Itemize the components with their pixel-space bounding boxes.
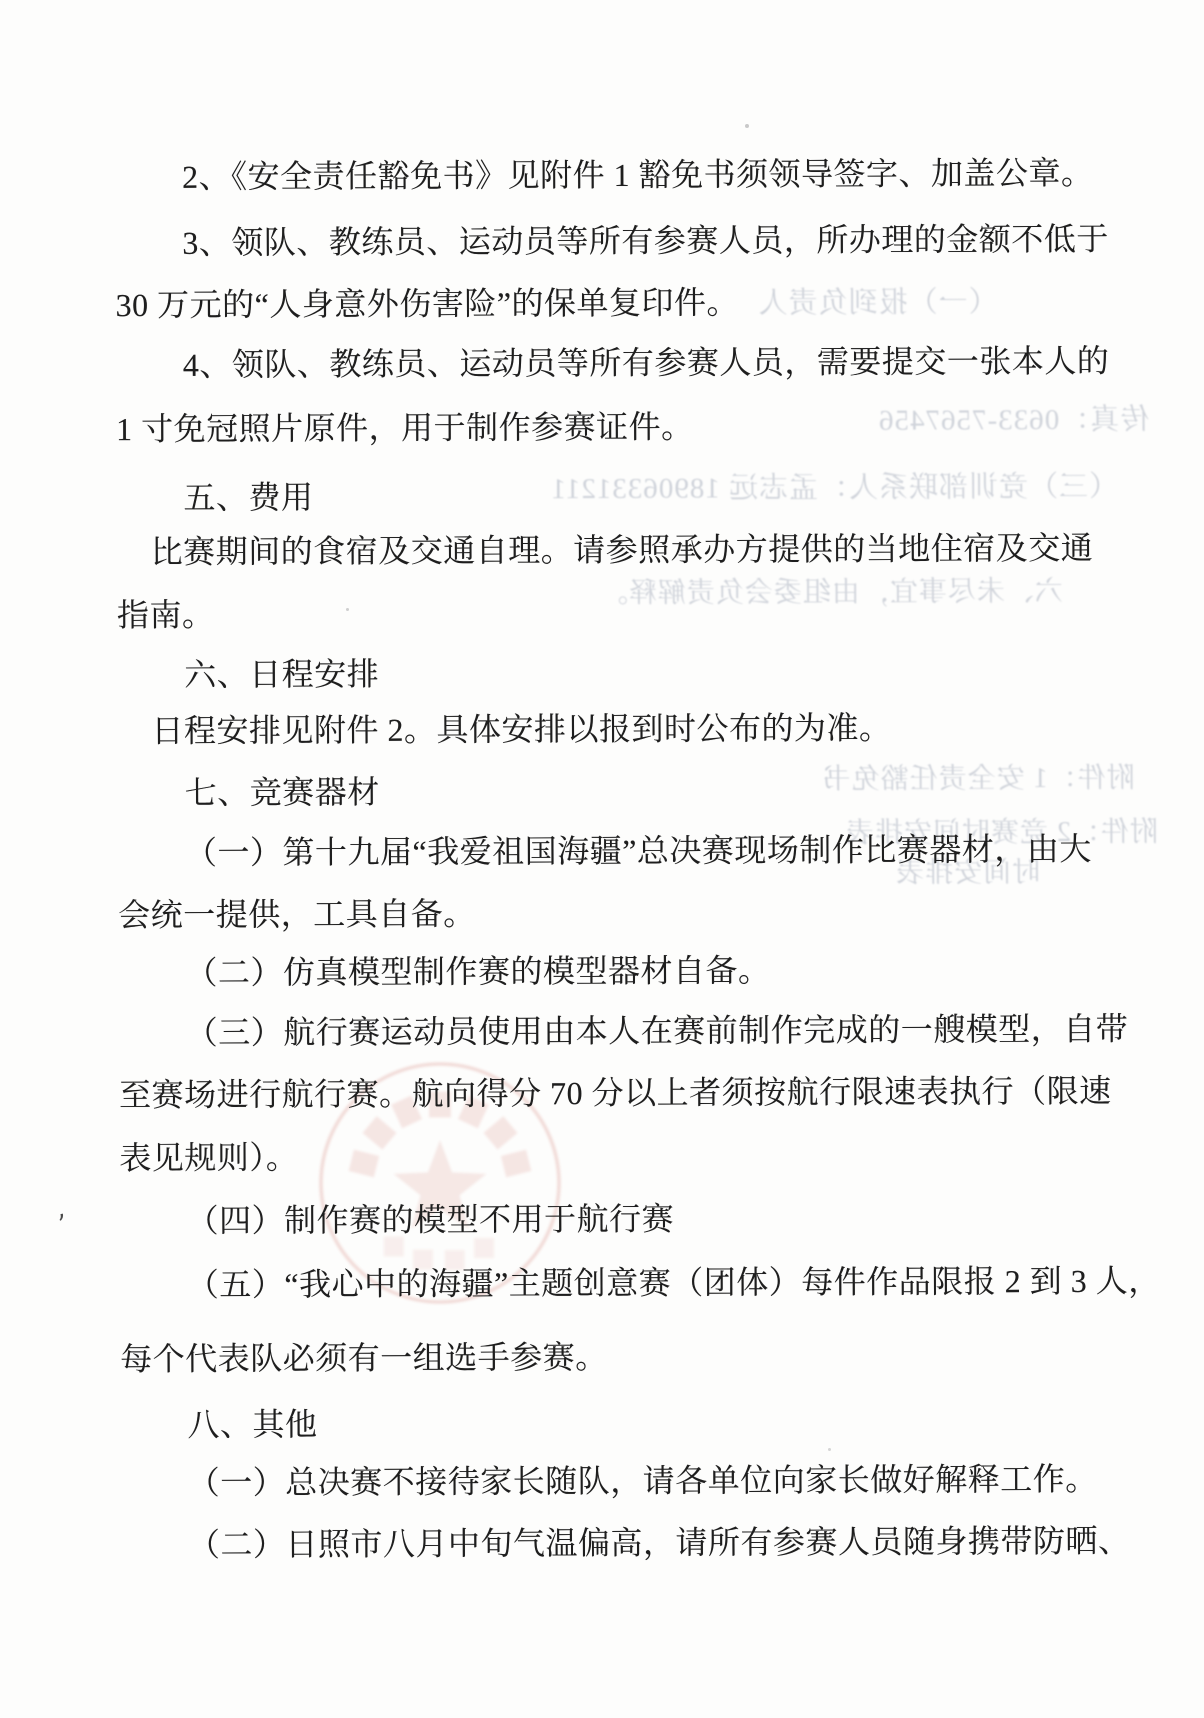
- scan-speck-dot: [828, 1448, 831, 1451]
- scan-speck-dot: [346, 608, 349, 611]
- artifact-layer: ,: [0, 0, 1204, 1718]
- scanned-document-page: （一）报到负责人传真：0633-7567456（三）竞训部联系人：孟志远 189…: [0, 0, 1204, 1718]
- scan-speck-dot: [745, 124, 749, 128]
- scan-speck-comma: ,: [53, 1195, 67, 1222]
